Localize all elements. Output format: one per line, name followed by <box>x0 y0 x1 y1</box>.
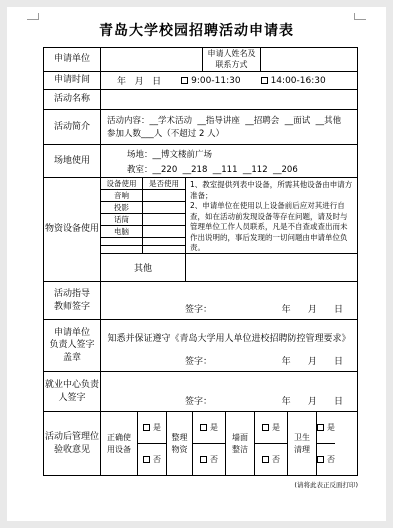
row-activity-name: 活动名称 <box>44 90 357 110</box>
equipment-col-use-header: 是否使用 <box>143 178 185 189</box>
equipment-computer-input[interactable] <box>143 226 185 237</box>
check1-no-checkbox[interactable] <box>143 456 150 463</box>
center-signature-line: 签字： 年 月 日 <box>101 394 357 411</box>
equipment-audio-input[interactable] <box>143 190 185 201</box>
equipment-use-label: 物资设备使用 <box>44 178 101 281</box>
check2-yes: 是 <box>193 412 225 444</box>
print-footnote: (请将此表正反面打印) <box>7 480 358 489</box>
check2-no-checkbox[interactable] <box>200 456 207 463</box>
equipment-row-computer: 电脑 <box>101 226 185 238</box>
equipment-projector-label: 投影 <box>101 202 143 213</box>
equipment-empty-2-label[interactable] <box>101 246 143 253</box>
equipment-projector-input[interactable] <box>143 202 185 213</box>
equipment-area: 设备使用 是否使用 音响 投影 <box>101 178 357 281</box>
acceptance-check2-label: 整理 物资 <box>167 412 193 475</box>
apply-unit-input[interactable] <box>101 48 203 71</box>
afternoon-slot-label: 14:00-16:30 <box>271 76 326 86</box>
venue-classroom-line: 教室：__220 __218 __111 __112 __206 <box>127 163 357 175</box>
venue-use-input[interactable]: 场地：__博文楼前广场 教室：__220 __218 __111 __112 _… <box>101 145 357 177</box>
equipment-audio-label: 音响 <box>101 190 143 201</box>
apply-time-input[interactable]: 年 月 日 9:00-11:30 14:00-16:30 <box>101 72 357 89</box>
row-apply-unit: 申请单位 申请人姓名及 联系方式 <box>44 48 357 72</box>
center-sign-label: 签字： <box>185 394 212 407</box>
equipment-row-microphone: 话筒 <box>101 214 185 226</box>
equipment-row-projector: 投影 <box>101 202 185 214</box>
application-form-table: 申请单位 申请人姓名及 联系方式 申请时间 年 月 日 9:00-11:30 <box>43 47 358 476</box>
morning-slot-label: 9:00-11:30 <box>191 76 240 86</box>
check4-yes: 是 <box>317 412 335 444</box>
equipment-other-row: 其他 <box>101 254 357 281</box>
check3-yes: 是 <box>255 412 287 444</box>
check3-no-label: 否 <box>272 454 280 465</box>
applicant-contact-input[interactable] <box>261 48 357 71</box>
participants-line: 参加人数___人（不超过 2 人） <box>107 127 353 139</box>
check2-yes-label: 是 <box>210 422 218 433</box>
teacher-signature-line: 签字： 年 月 日 <box>101 302 357 319</box>
equipment-subtable: 设备使用 是否使用 音响 投影 <box>101 178 186 253</box>
check3-yes-checkbox[interactable] <box>262 424 269 431</box>
activity-name-label: 活动名称 <box>44 90 101 109</box>
equipment-empty-1-input[interactable] <box>143 238 185 245</box>
check3-yes-label: 是 <box>272 422 280 433</box>
acceptance-check1-label: 正确使 用设备 <box>101 412 138 475</box>
center-signature-label: 就业中心负责 人签字 <box>44 372 101 411</box>
check3-no: 否 <box>255 444 287 475</box>
equipment-row-empty-2 <box>101 246 185 253</box>
activity-name-input[interactable] <box>101 90 357 109</box>
acceptance-check3-label: 墙面 整洁 <box>226 412 255 475</box>
check4-yes-label: 是 <box>327 422 335 433</box>
form-title: 青岛大学校园招聘活动申请表 <box>7 20 386 40</box>
apply-date-text: 年 月 日 <box>117 74 161 87</box>
unit-signature-area[interactable]: 知悉并保证遵守《青岛大学用人单位进校招聘防控管理要求》 签字： 年 月 日 <box>101 320 357 371</box>
equipment-empty-1-label[interactable] <box>101 238 143 245</box>
row-unit-signature: 申请单位 负责人签字 盖章 知悉并保证遵守《青岛大学用人单位进校招聘防控管理要求… <box>44 320 357 372</box>
equipment-microphone-input[interactable] <box>143 214 185 225</box>
acceptance-check4-yn: 是 否 <box>317 412 335 475</box>
row-activity-intro: 活动简介 活动内容：__学术活动 __指导讲座 __招聘会 __面试 __其他 … <box>44 110 357 145</box>
unit-signature-line: 签字： 年 月 日 <box>101 354 357 371</box>
margin-mark-top-left-icon <box>27 13 39 20</box>
unit-pledge-text: 知悉并保证遵守《青岛大学用人单位进校招聘防控管理要求》 <box>101 320 357 354</box>
document-page: 青岛大学校园招聘活动申请表 申请单位 申请人姓名及 联系方式 申请时间 年 月 … <box>7 7 386 521</box>
unit-sign-date: 年 月 日 <box>282 354 343 367</box>
activity-intro-label: 活动简介 <box>44 110 101 144</box>
check4-no-label: 否 <box>327 454 335 465</box>
unit-signature-label: 申请单位 负责人签字 盖章 <box>44 320 101 371</box>
row-center-signature: 就业中心负责 人签字 签字： 年 月 日 <box>44 372 357 412</box>
acceptance-check3-yn: 是 否 <box>255 412 288 475</box>
teacher-sign-date: 年 月 日 <box>282 302 343 315</box>
check4-no: 否 <box>317 444 335 475</box>
acceptance-label: 活动后管理位 验收意见 <box>44 412 101 475</box>
teacher-sign-label: 签字： <box>185 302 212 315</box>
equipment-other-input[interactable] <box>186 254 357 281</box>
row-acceptance: 活动后管理位 验收意见 正确使 用设备 是 否 整理 物资 <box>44 412 357 475</box>
equipment-empty-2-input[interactable] <box>143 246 185 253</box>
morning-slot-checkbox[interactable] <box>181 77 188 84</box>
equipment-row-empty-1 <box>101 238 185 246</box>
document-canvas: 青岛大学校园招聘活动申请表 申请单位 申请人姓名及 联系方式 申请时间 年 月 … <box>0 0 393 528</box>
check1-no: 否 <box>138 444 166 475</box>
check1-yes-checkbox[interactable] <box>143 424 150 431</box>
afternoon-slot-checkbox[interactable] <box>261 77 268 84</box>
row-apply-time: 申请时间 年 月 日 9:00-11:30 14:00-16:30 <box>44 72 357 90</box>
equipment-header-row: 设备使用 是否使用 <box>101 178 185 190</box>
equipment-col-device-header: 设备使用 <box>101 178 143 189</box>
unit-sign-label: 签字： <box>185 354 212 367</box>
venue-site-line: 场地：__博文楼前广场 <box>127 148 357 160</box>
check2-no: 否 <box>193 444 225 475</box>
check2-yes-checkbox[interactable] <box>200 424 207 431</box>
check4-no-checkbox[interactable] <box>317 456 324 463</box>
equipment-row-audio: 音响 <box>101 190 185 202</box>
check1-no-label: 否 <box>153 454 161 465</box>
check3-no-checkbox[interactable] <box>262 456 269 463</box>
apply-unit-label: 申请单位 <box>44 48 101 71</box>
afternoon-slot: 14:00-16:30 <box>261 76 326 86</box>
equipment-other-label: 其他 <box>101 254 186 281</box>
activity-intro-input[interactable]: 活动内容：__学术活动 __指导讲座 __招聘会 __面试 __其他 参加人数_… <box>101 110 357 144</box>
acceptance-check2-yn: 是 否 <box>193 412 226 475</box>
center-sign-date: 年 月 日 <box>282 394 343 407</box>
acceptance-check4-label: 卫生 清理 <box>288 412 317 475</box>
teacher-signature-area[interactable]: 签字： 年 月 日 <box>101 282 357 319</box>
acceptance-check1-yn: 是 否 <box>138 412 167 475</box>
equipment-computer-label: 电脑 <box>101 226 143 237</box>
morning-slot: 9:00-11:30 <box>181 76 240 86</box>
row-venue-use: 场地使用 场地：__博文楼前广场 教室：__220 __218 __111 __… <box>44 145 357 178</box>
center-signature-area[interactable]: 签字： 年 月 日 <box>101 372 357 411</box>
check4-yes-checkbox[interactable] <box>317 424 324 431</box>
equipment-notes: 1、教室提供列表中设备，所需其他设备由申请方准备； 2、申请单位在使用以上设备前… <box>186 178 357 253</box>
activity-content-line: 活动内容：__学术活动 __指导讲座 __招聘会 __面试 __其他 <box>107 114 353 126</box>
equipment-top: 设备使用 是否使用 音响 投影 <box>101 178 357 254</box>
venue-use-label: 场地使用 <box>44 145 101 177</box>
check1-yes: 是 <box>138 412 166 444</box>
check1-yes-label: 是 <box>153 422 161 433</box>
check2-no-label: 否 <box>210 454 218 465</box>
teacher-signature-label: 活动指导 教师签字 <box>44 282 101 319</box>
margin-mark-top-right-icon <box>354 13 366 20</box>
row-teacher-signature: 活动指导 教师签字 签字： 年 月 日 <box>44 282 357 320</box>
row-equipment-use: 物资设备使用 设备使用 是否使用 音响 <box>44 178 357 282</box>
applicant-contact-label: 申请人姓名及 联系方式 <box>203 48 261 71</box>
apply-time-label: 申请时间 <box>44 72 101 89</box>
equipment-microphone-label: 话筒 <box>101 214 143 225</box>
